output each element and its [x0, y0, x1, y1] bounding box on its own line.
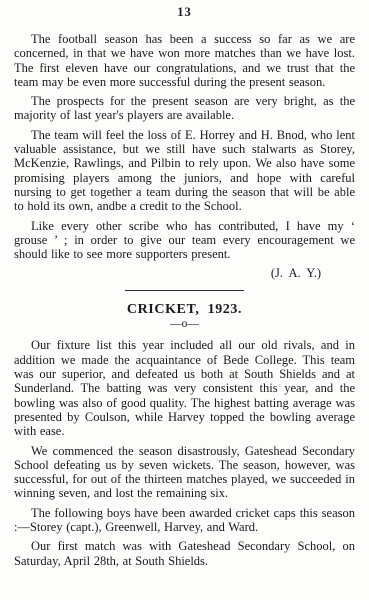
- paragraph-football-success: The football season has been a success s…: [14, 32, 355, 89]
- heading-ornament: —o—: [14, 318, 355, 331]
- paragraph-first-match: Our first match was with Gateshead Secon…: [14, 539, 355, 568]
- scanned-magazine-page: 13 The football season has been a succes…: [0, 0, 369, 600]
- paragraph-season-results: We commenced the season disastrously, Ga…: [14, 444, 355, 501]
- football-report-section: The football season has been a success s…: [14, 32, 355, 280]
- paragraph-fixture-list: Our fixture list this year included all …: [14, 338, 355, 438]
- paragraph-cricket-caps: The following boys have been awarded cri…: [14, 506, 355, 535]
- author-initials-signature: (J. A. Y.): [14, 266, 355, 280]
- cricket-section-heading: CRICKET, 1923.: [14, 302, 355, 318]
- page-number: 13: [14, 5, 355, 20]
- paragraph-team-losses: The team will feel the loss of E. Horrey…: [14, 128, 355, 214]
- section-divider-rule: [125, 290, 244, 291]
- cricket-report-section: CRICKET, 1923. —o— Our fixture list this…: [14, 302, 355, 567]
- paragraph-season-prospects: The prospects for the present season are…: [14, 94, 355, 123]
- paragraph-scribe-grouse: Like every other scribe who has contribu…: [14, 219, 355, 262]
